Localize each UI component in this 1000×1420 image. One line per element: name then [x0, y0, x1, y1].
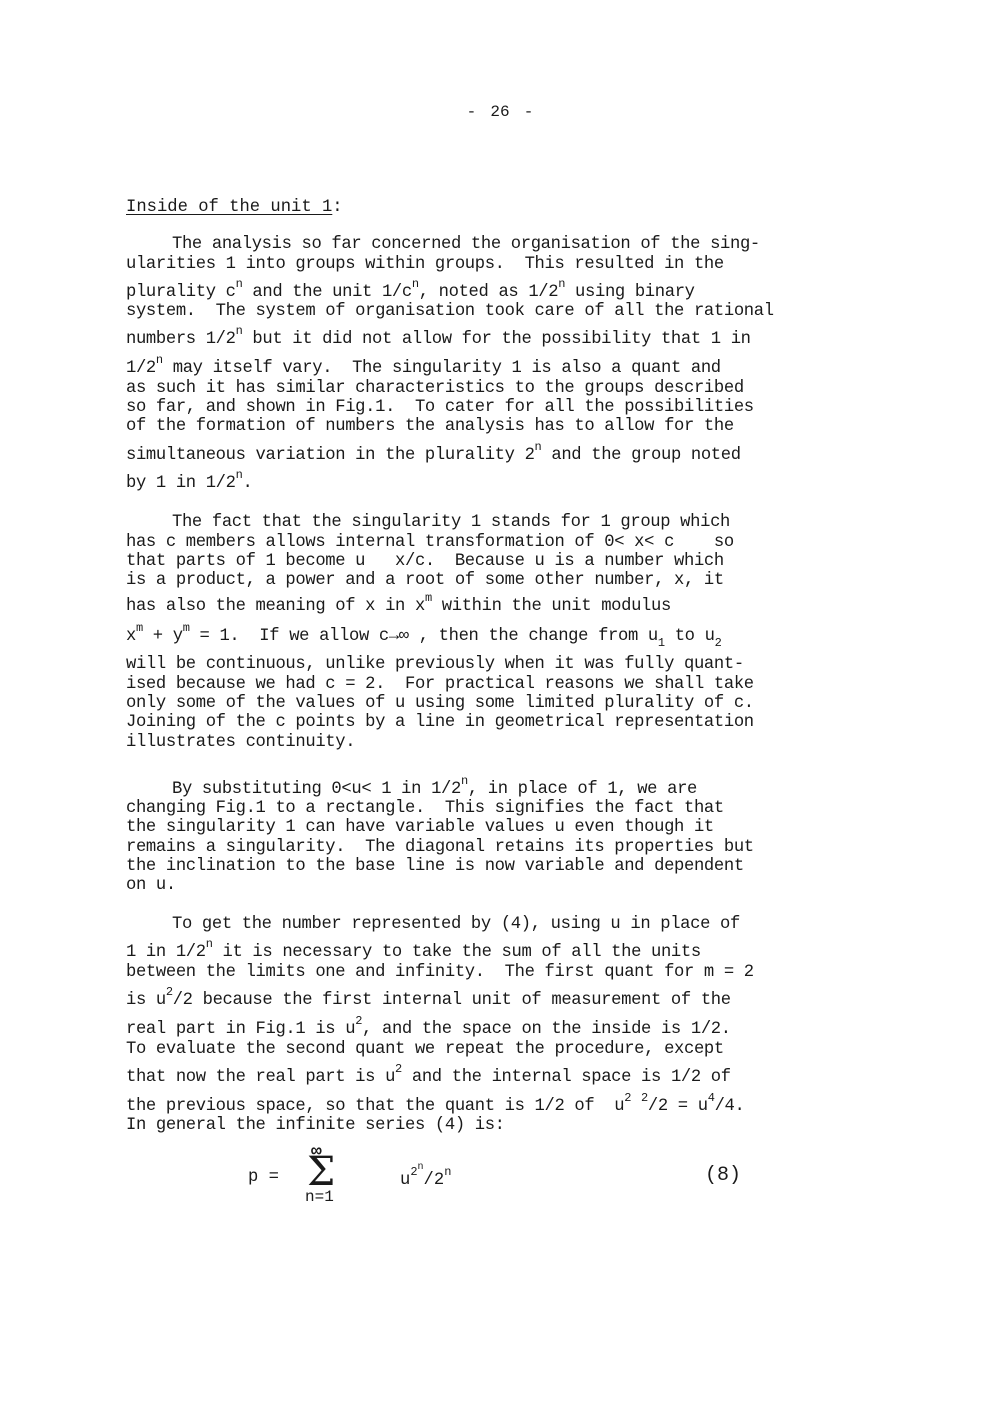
- text-line: xm + ym = 1. If we allow c→∞ , then the …: [126, 627, 721, 647]
- equation-number: (8): [705, 1164, 741, 1187]
- text-line: is a product, a power and a root of some…: [126, 571, 724, 591]
- text-line: To evaluate the second quant we repeat t…: [126, 1040, 724, 1060]
- text-line: between the limits one and infinity. The…: [126, 963, 754, 983]
- text-line: will be continuous, unlike previously wh…: [126, 655, 744, 675]
- text-line: In general the infinite series (4) is:: [126, 1116, 505, 1136]
- page-number: -26-: [0, 103, 1000, 121]
- text-line: ularities 1 into groups within groups. T…: [126, 255, 724, 275]
- text-line: as such it has similar characteristics t…: [126, 379, 744, 399]
- summation-symbol: Σ: [307, 1152, 335, 1192]
- text-line: is u2/2 because the first internal unit …: [126, 991, 731, 1011]
- text-line: real part in Fig.1 is u2, and the space …: [126, 1020, 731, 1040]
- text-line: that parts of 1 become u x/c. Because u …: [126, 552, 724, 572]
- text-line: system. The system of organisation took …: [126, 302, 774, 322]
- text-line: the previous space, so that the quant is…: [126, 1097, 744, 1117]
- summation-term: u2n/2n: [400, 1168, 451, 1190]
- text-line: the singularity 1 can have variable valu…: [126, 818, 714, 838]
- text-line: 1/2n may itself vary. The singularity 1 …: [126, 359, 721, 379]
- text-line: that now the real part is u2 and the int…: [126, 1068, 731, 1088]
- text-line: only some of the values of u using some …: [126, 694, 754, 714]
- sum-lower-limit: n=1: [305, 1188, 334, 1206]
- text-line: ised because we had c = 2. For practical…: [126, 675, 754, 695]
- text-line: illustrates continuity.: [126, 733, 355, 753]
- text-line: changing Fig.1 to a rectangle. This sign…: [126, 799, 724, 819]
- text-line: of the formation of numbers the analysis…: [126, 417, 734, 437]
- formula-lhs: p =: [248, 1168, 279, 1187]
- equation-8: p = ∞ Σ n=1 u2n/2n (8): [0, 1150, 1000, 1210]
- text-line: has c members allows internal transforma…: [126, 533, 734, 553]
- text-line: Joining of the c points by a line in geo…: [126, 713, 754, 733]
- text-line: the inclination to the base line is now …: [126, 857, 744, 877]
- text-line: has also the meaning of x in xm within t…: [126, 597, 671, 617]
- text-line: on u.: [126, 876, 176, 896]
- text-line: so far, and shown in Fig.1. To cater for…: [126, 398, 754, 418]
- text-line: remains a singularity. The diagonal reta…: [126, 838, 754, 858]
- text-line: To get the number represented by (4), us…: [126, 915, 740, 935]
- text-line: by 1 in 1/2n.: [126, 474, 252, 494]
- text-line: The analysis so far concerned the organi…: [126, 235, 760, 255]
- text-line: By substituting 0<u< 1 in 1/2n, in place…: [126, 780, 697, 800]
- text-line: simultaneous variation in the plurality …: [126, 446, 741, 466]
- text-line: numbers 1/2n but it did not allow for th…: [126, 330, 751, 350]
- text-line: The fact that the singularity 1 stands f…: [126, 513, 730, 533]
- section-heading: Inside of the unit 1:: [126, 198, 343, 217]
- text-line: 1 in 1/2n it is necessary to take the su…: [126, 943, 701, 963]
- text-line: plurality cn and the unit 1/cn, noted as…: [126, 283, 695, 303]
